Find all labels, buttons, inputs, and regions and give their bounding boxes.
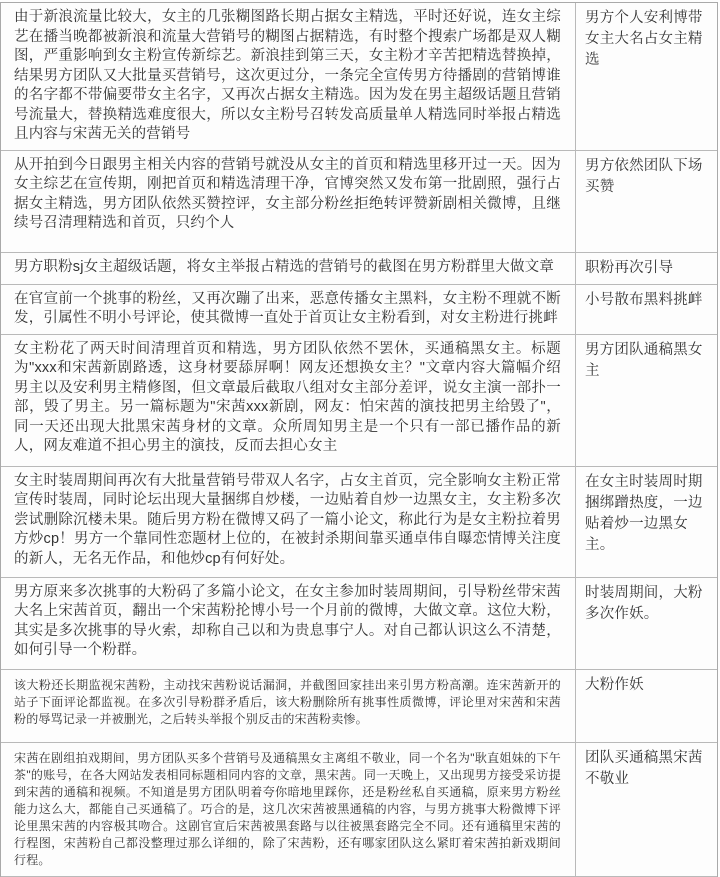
incident-summary-table: 由于新浪流量比较大，女主的几张糊图路长期占据女主精选，平时还好说，连女主综艺在播… <box>0 2 718 877</box>
table-row: 在官宣前一个挑事的粉丝，又再次蹦了出来，恶意传播女主黑料，女主粉不理就不断发，引… <box>1 285 717 335</box>
incident-description: 男方原来多次挑事的大粉码了多篇小论文，在女主参加时装周期间，引导粉丝带宋茜大名上… <box>1 578 576 669</box>
incident-description: 女主粉花了两天时间清理首页和精选，男方团队依然不罢休，买通稿黑女主。标题为"xx… <box>1 335 576 466</box>
incident-description: 在官宣前一个挑事的粉丝，又再次蹦了出来，恶意传播女主黑料，女主粉不理就不断发，引… <box>1 285 576 334</box>
incident-summary: 小号散布黑料挑衅 <box>576 285 717 334</box>
incident-summary: 职粉再次引导 <box>576 253 717 284</box>
incident-summary: 男方团队通稿黑女主 <box>576 335 717 466</box>
document-page: 由于新浪流量比较大，女主的几张糊图路长期占据女主精选，平时还好说，连女主综艺在播… <box>0 0 720 877</box>
incident-description: 该大粉还长期监视宋茜粉，主动找宋茜粉说话漏洞，并截图回家挂出来引男方粉高潮。连宋… <box>1 670 576 742</box>
incident-description: 宋茜在剧组拍戏期间，男方团队买多个营销号及通稿黑女主离组不敬业，同一个名为"耿直… <box>1 743 576 876</box>
incident-summary: 团队买通稿黑宋茜不敬业 <box>576 743 717 876</box>
table-row: 由于新浪流量比较大，女主的几张糊图路长期占据女主精选，平时还好说，连女主综艺在播… <box>1 3 717 151</box>
incident-summary: 男方个人安利博带女主大名占女主精选 <box>576 3 717 150</box>
incident-description: 女主时装周期间再次有大批量营销号带双人名字，占女主首页，完全影响女主粉正常宣传时… <box>1 467 576 577</box>
incident-summary: 男方依然团队下场买赞 <box>576 151 717 252</box>
incident-summary: 在女主时装周时期捆绑蹭热度，一边贴着炒一边黑女主。 <box>576 467 717 577</box>
incident-description: 男方职粉sj女主超级话题，将女主举报占精选的营销号的截图在男方粉群里大做文章 <box>1 253 576 284</box>
table-row: 该大粉还长期监视宋茜粉，主动找宋茜粉说话漏洞，并截图回家挂出来引男方粉高潮。连宋… <box>1 670 717 743</box>
incident-summary: 大粉作妖 <box>576 670 717 742</box>
table-row: 女主时装周期间再次有大批量营销号带双人名字，占女主首页，完全影响女主粉正常宣传时… <box>1 467 717 578</box>
incident-summary: 时装周期间，大粉多次作妖。 <box>576 578 717 669</box>
incident-description: 从开拍到今日跟男主相关内容的营销号就没从女主的首页和精选里移开过一天。因为女主综… <box>1 151 576 252</box>
table-row: 从开拍到今日跟男主相关内容的营销号就没从女主的首页和精选里移开过一天。因为女主综… <box>1 151 717 253</box>
table-row: 男方职粉sj女主超级话题，将女主举报占精选的营销号的截图在男方粉群里大做文章 职… <box>1 253 717 285</box>
table-row: 女主粉花了两天时间清理首页和精选，男方团队依然不罢休，买通稿黑女主。标题为"xx… <box>1 335 717 467</box>
table-row: 男方原来多次挑事的大粉码了多篇小论文，在女主参加时装周期间，引导粉丝带宋茜大名上… <box>1 578 717 670</box>
incident-description: 由于新浪流量比较大，女主的几张糊图路长期占据女主精选，平时还好说，连女主综艺在播… <box>1 3 576 150</box>
table-row: 宋茜在剧组拍戏期间，男方团队买多个营销号及通稿黑女主离组不敬业，同一个名为"耿直… <box>1 743 717 877</box>
